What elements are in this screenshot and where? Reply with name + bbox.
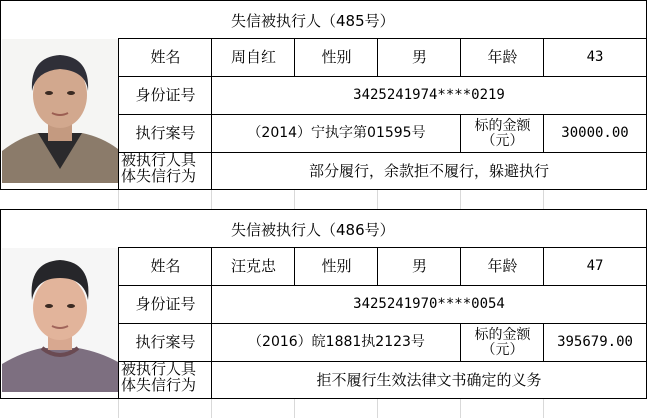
name-label: 姓名: [118, 38, 212, 76]
age-value: 43: [543, 38, 646, 76]
record-card-486: 失信被执行人（486号） 姓名 汪克忠 性别 男 年龄 47 身份证号 3425…: [0, 209, 647, 399]
id-label: 身份证号: [118, 285, 212, 323]
name-value: 汪克忠: [211, 247, 295, 285]
id-number-value: 3425241974****0219: [211, 76, 646, 114]
gender-label: 性别: [294, 38, 378, 76]
portrait-photo: [2, 39, 118, 183]
portrait-photo: [2, 248, 118, 392]
person-portrait-icon: [2, 248, 118, 392]
amount-value: 30000.00: [543, 114, 646, 152]
record-title: 失信被执行人（485号）: [119, 1, 646, 39]
gender-label: 性别: [294, 247, 378, 285]
amount-value: 395679.00: [543, 323, 646, 361]
name-value: 周自红: [211, 38, 295, 76]
gender-value: 男: [377, 38, 461, 76]
name-label: 姓名: [118, 247, 212, 285]
age-label: 年龄: [460, 38, 544, 76]
amount-label: 标的金额（元）: [460, 323, 544, 361]
id-number-value: 3425241970****0054: [211, 285, 646, 323]
behavior-value: 拒不履行生效法律文书确定的义务: [211, 361, 646, 398]
behavior-label: 被执行人具体失信行为: [118, 361, 212, 398]
id-label: 身份证号: [118, 76, 212, 114]
case-label: 执行案号: [118, 323, 212, 361]
case-label: 执行案号: [118, 114, 212, 152]
case-number-value: （2016）皖1881执2123号: [211, 323, 461, 361]
record-card-485: 失信被执行人（485号） 姓名 周自红 性别 男 年龄 43 身份证号 3425…: [0, 0, 647, 190]
behavior-value: 部分履行，余款拒不履行，躲避执行: [211, 152, 646, 189]
age-label: 年龄: [460, 247, 544, 285]
behavior-label: 被执行人具体失信行为: [118, 152, 212, 189]
age-value: 47: [543, 247, 646, 285]
amount-label: 标的金额（元）: [460, 114, 544, 152]
record-title: 失信被执行人（486号）: [119, 210, 646, 248]
gender-value: 男: [377, 247, 461, 285]
person-portrait-icon: [2, 39, 118, 183]
case-number-value: （2014）宁执字第01595号: [211, 114, 461, 152]
